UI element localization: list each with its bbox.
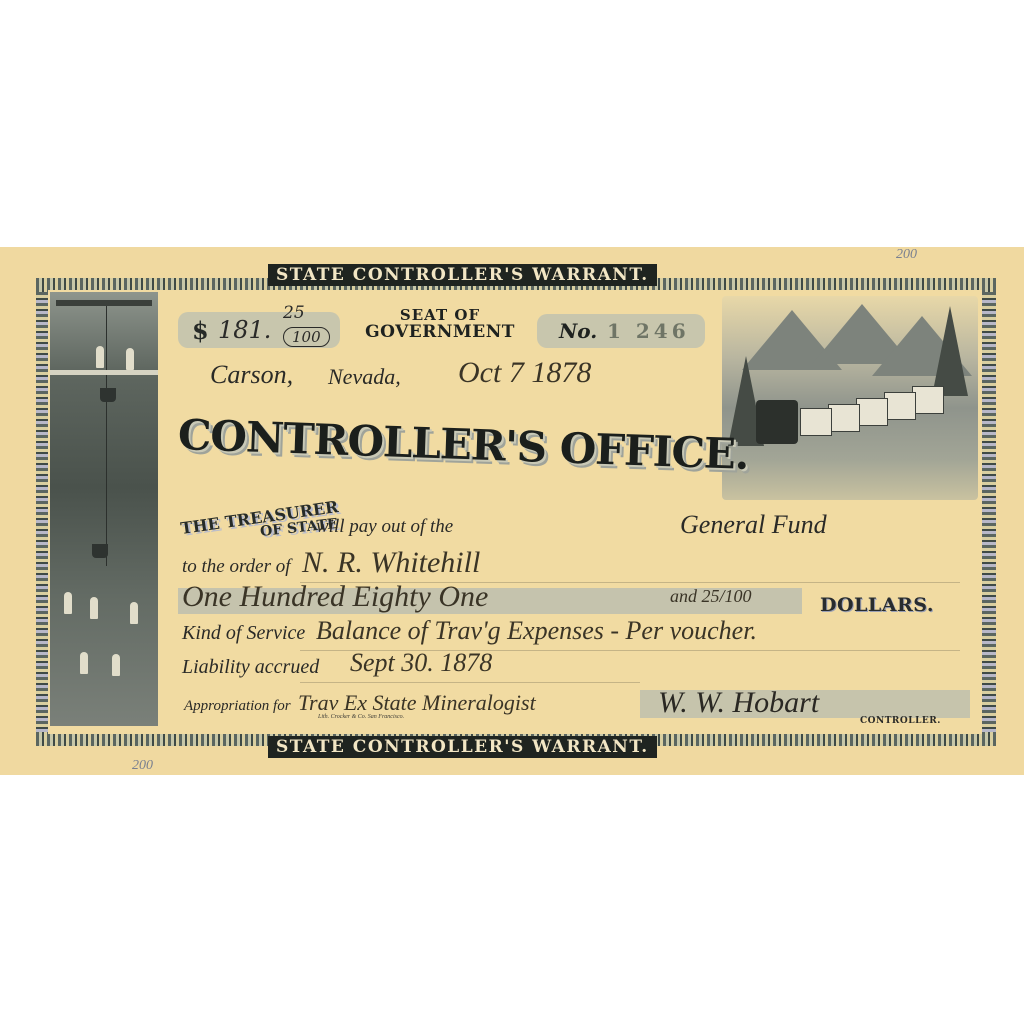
controller-title: CONTROLLER. [860, 716, 941, 726]
banner-bottom: STATE CONTROLLER'S WARRANT. [268, 736, 657, 758]
miner-figure [90, 597, 98, 619]
order-of-label: to the order of [182, 556, 291, 578]
pencil-note-bottom: 200 [132, 758, 153, 774]
number-label: No. [559, 319, 597, 343]
miner-figure [64, 592, 72, 614]
mountain-railroad-engraving [722, 296, 978, 500]
appropriation-value: Trav Ex State Mineralogist [298, 690, 536, 716]
appropriation-label: Appropriation for [184, 698, 291, 715]
amount-cents-denominator: 100 [283, 327, 330, 347]
liability-date: Sept 30. 1878 [350, 648, 492, 678]
warrant-number: 1 246 [607, 319, 690, 343]
pay-out-text: will pay out of the [316, 516, 453, 538]
amount-cents: 25 [283, 303, 305, 323]
miner-figure [96, 346, 104, 368]
state-label: Nevada, [328, 364, 401, 390]
platform [50, 370, 158, 375]
miner-figure [130, 602, 138, 624]
ore-bucket-icon [92, 544, 108, 558]
controller-signature: W. W. Hobart [658, 686, 819, 720]
mining-shaft-engraving [50, 292, 158, 726]
dollars-label: DOLLARS. [820, 594, 934, 616]
seat-line2: GOVERNMENT [360, 322, 520, 342]
issue-date: Oct 7 1878 [458, 356, 591, 390]
warrant-number-box: No. 1 246 [537, 314, 705, 348]
service-label: Kind of Service [182, 622, 305, 645]
service-value: Balance of Trav'g Expenses - Per voucher… [316, 616, 757, 646]
miner-figure [112, 654, 120, 676]
dollar-sign: $ [192, 316, 209, 345]
miner-figure [126, 348, 134, 370]
amount-words-cents: and 25/100 [670, 586, 752, 607]
ore-bucket-icon [100, 388, 116, 402]
hoist-beam [56, 300, 152, 306]
liability-line [300, 682, 640, 683]
rail-car [828, 404, 860, 432]
liability-label: Liability accrued [182, 656, 319, 679]
payee-name: N. R. Whitehill [302, 546, 480, 580]
amount-dollars: 181. [218, 316, 271, 344]
fund-name: General Fund [680, 510, 827, 540]
rail-car [856, 398, 888, 426]
city-label: Carson, [210, 360, 293, 390]
miner-figure [80, 652, 88, 674]
train [762, 406, 932, 446]
amount-words: One Hundred Eighty One [182, 580, 488, 614]
pine-tree-icon [932, 306, 968, 396]
seat-of-government-emblem: SEAT OF GOVERNMENT [360, 306, 520, 342]
rail-car [912, 386, 944, 414]
lithographer-credit: Lith. Crocker & Co. San Francisco. [318, 714, 404, 720]
locomotive-icon [756, 400, 798, 444]
rail-car [800, 408, 832, 436]
pencil-note-top: 200 [896, 247, 917, 263]
banner-top: STATE CONTROLLER'S WARRANT. [268, 264, 657, 286]
hoist-rope [106, 306, 107, 566]
rail-car [884, 392, 916, 420]
